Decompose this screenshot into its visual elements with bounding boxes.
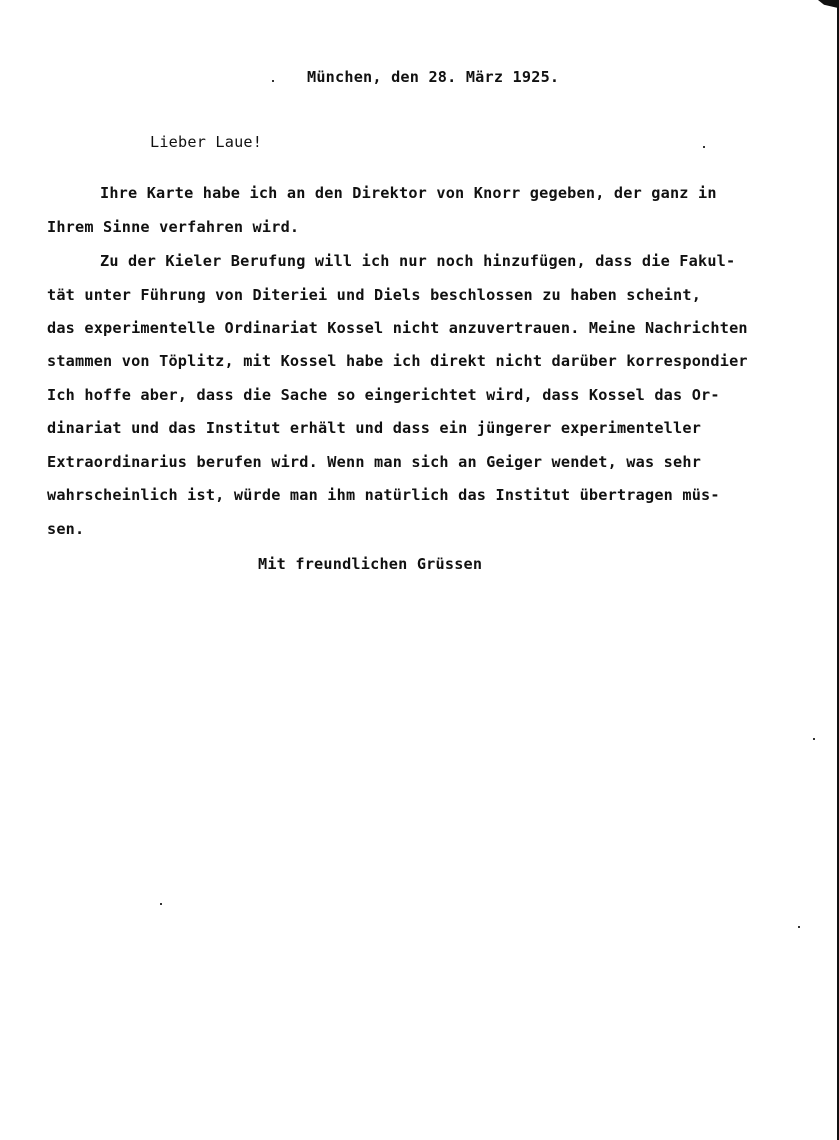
closing: Mit freundlichen Grüssen — [258, 555, 482, 573]
paragraph-2-line-2: tät unter Führung von Diteriei und Diels… — [47, 286, 701, 304]
scan-speck — [703, 146, 705, 148]
paragraph-1-line-2: Ihrem Sinne verfahren wird. — [47, 218, 299, 236]
paragraph-1-line-1: Ihre Karte habe ich an den Direktor von … — [100, 184, 717, 202]
scan-corner-mark — [818, 0, 838, 8]
scan-speck — [272, 80, 274, 82]
paragraph-2-line-7: Extraordinarius berufen wird. Wenn man s… — [47, 453, 701, 471]
paragraph-2-line-3: das experimentelle Ordinariat Kossel nic… — [47, 319, 748, 337]
paragraph-2-line-5: Ich hoffe aber, dass die Sache so einger… — [47, 386, 720, 404]
paragraph-2-line-8: wahrscheinlich ist, würde man ihm natürl… — [47, 486, 720, 504]
dateline: München, den 28. März 1925. — [307, 68, 559, 86]
paragraph-2-line-6: dinariat und das Institut erhält und das… — [47, 419, 701, 437]
salutation: Lieber Laue! — [150, 133, 262, 151]
scan-speck — [798, 926, 800, 928]
scan-speck — [160, 903, 162, 905]
paragraph-2-line-9: sen. — [47, 520, 84, 538]
scan-speck — [813, 738, 815, 740]
paragraph-2-line-4: stammen von Töplitz, mit Kossel habe ich… — [47, 352, 748, 370]
paragraph-2-line-1: Zu der Kieler Berufung will ich nur noch… — [100, 252, 735, 270]
letter-page: München, den 28. März 1925. Lieber Laue!… — [0, 0, 839, 1140]
